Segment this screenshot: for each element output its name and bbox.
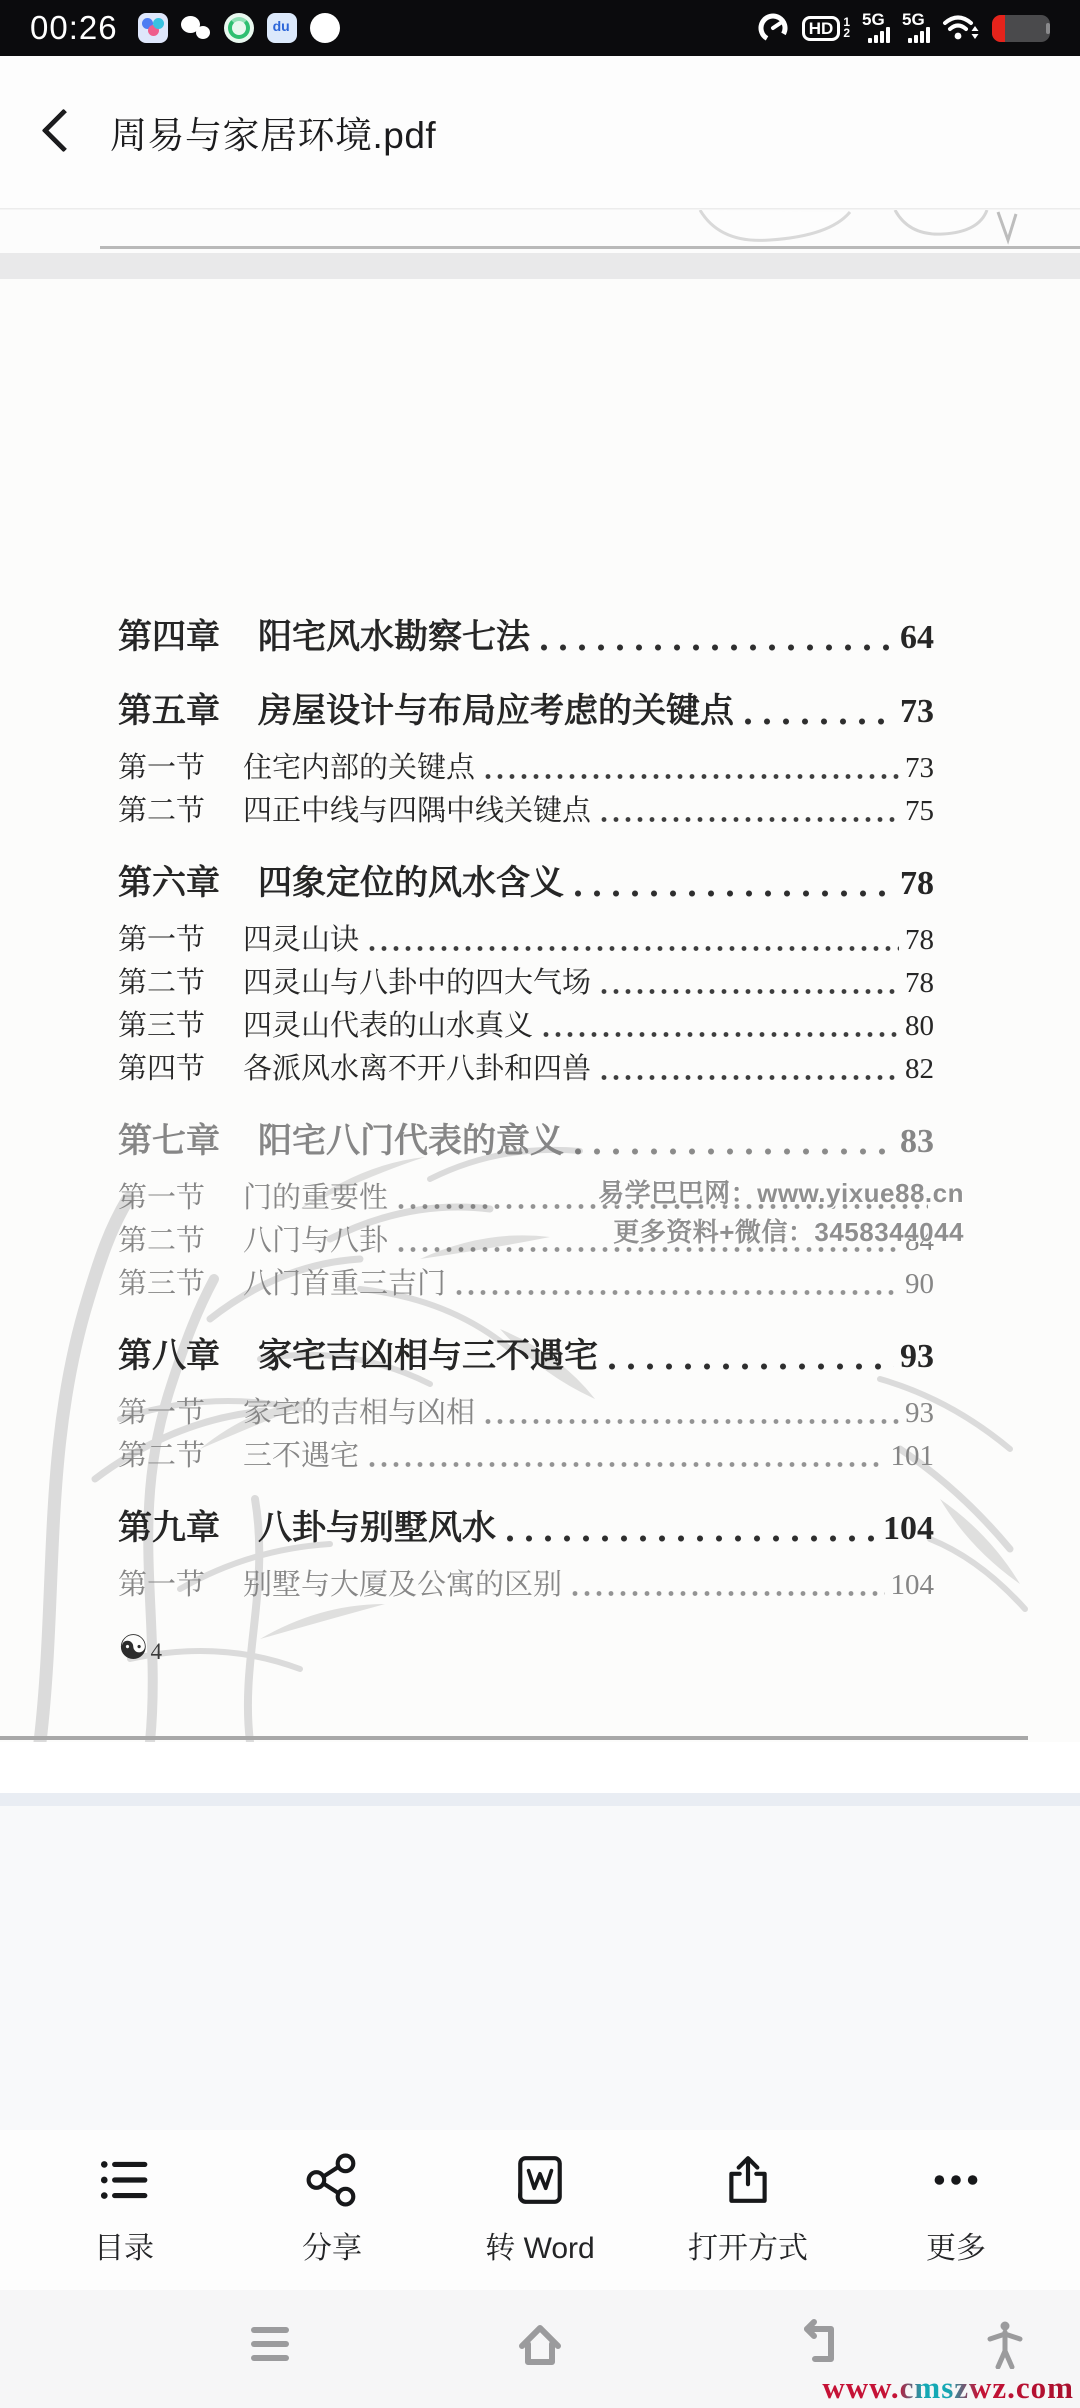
corner-page-number: 4	[150, 1639, 162, 1665]
toc-entry-title: 八门首重三吉门	[243, 1261, 446, 1302]
toc-entry-title: 房屋设计与布局应考虑的关键点	[258, 683, 734, 732]
toc-list: 第四章 阳宅风水勘察七法 64 第五章 房屋设计与布局应考虑的关键点 73 第一…	[118, 609, 934, 1605]
toc-entry[interactable]: 第二节 四灵山与八卦中的四大气场 78	[118, 960, 934, 1003]
toc-leader-dots	[540, 644, 894, 651]
app-header: 周易与家居环境.pdf	[0, 56, 1080, 209]
toc-leader-dots	[601, 816, 899, 823]
accessibility-icon	[980, 2319, 1030, 2369]
status-bar: 00:26 HD 12 5G 5G	[0, 0, 1080, 56]
toc-entry-title: 四灵山代表的山水真义	[243, 1003, 533, 1044]
toc-entry-page: 104	[891, 1569, 935, 1602]
toc-entry-page: 80	[905, 1010, 934, 1043]
toc-entry-title: 阳宅八门代表的意义	[258, 1113, 564, 1162]
toc-entry[interactable]: 第一节 四灵山诀 78	[118, 917, 934, 960]
toc-entry-label: 第四章	[118, 609, 220, 658]
toc-entry-label: 第七章	[118, 1113, 220, 1162]
toc-entry-label: 第四节	[118, 1046, 205, 1087]
sim2-signal: 5G	[902, 13, 930, 43]
toc-leader-dots	[456, 1289, 899, 1296]
clock: 00:26	[30, 9, 118, 47]
share-icon	[305, 2153, 359, 2207]
scan-watermark-line2: 更多资料+微信：3458344044	[598, 1213, 964, 1252]
sim2-signal-bars	[908, 27, 930, 43]
scroll-area-below-page[interactable]	[0, 1742, 1080, 2130]
page-corner-marker: ☯ 4	[118, 1631, 162, 1665]
toolbar-item-label: 更多	[926, 2223, 986, 2267]
toolbar-item[interactable]: 转 Word	[465, 2153, 615, 2267]
toc-entry-title: 八门与八卦	[243, 1218, 388, 1259]
toc-entry[interactable]: 第一节 别墅与大厦及公寓的区别 104	[118, 1562, 934, 1605]
toc-leader-dots	[572, 1590, 884, 1597]
site-watermark: www.cmszwz.com	[822, 2370, 1074, 2406]
toc-entry-title: 四象定位的风水含义	[258, 855, 564, 904]
toc-entry-label: 第八章	[118, 1328, 220, 1377]
message-bubble-icon	[310, 13, 340, 43]
toc-leader-dots	[601, 1074, 899, 1081]
toc-leader-dots	[601, 988, 899, 995]
toc-entry-page: 73	[905, 752, 934, 785]
toolbar-item-label: 转 Word	[485, 2223, 594, 2267]
toc-entry-label: 第二节	[118, 788, 205, 829]
toc-entry-title: 家宅的吉相与凶相	[243, 1390, 475, 1431]
toc-entry-title: 四正中线与四隅中线关键点	[243, 788, 591, 829]
wifi-icon	[942, 12, 980, 44]
sim1-signal-bars	[868, 27, 890, 43]
toc-entry[interactable]: 第五章 房屋设计与布局应考虑的关键点 73	[118, 683, 934, 733]
taiji-icon: ☯	[118, 1631, 148, 1665]
toc-entry-title: 八卦与别墅风水	[258, 1500, 496, 1549]
document-title: 周易与家居环境.pdf	[110, 105, 436, 159]
recycle-app-icon	[224, 13, 254, 43]
toc-entry-page: 82	[905, 1053, 934, 1086]
toc-page[interactable]: 第四章 阳宅风水勘察七法 64 第五章 房屋设计与布局应考虑的关键点 73 第一…	[0, 279, 1080, 1742]
toc-entry-label: 第二节	[118, 960, 205, 1001]
toc-entry-label: 第三节	[118, 1003, 205, 1044]
wechat-icon	[181, 13, 211, 43]
toc-entry-title: 别墅与大厦及公寓的区别	[243, 1562, 562, 1603]
toc-leader-dots	[369, 945, 899, 952]
toc-entry-page: 78	[905, 924, 934, 957]
recents-button[interactable]	[230, 2304, 310, 2384]
battery-icon	[992, 15, 1050, 42]
toc-entry-title: 阳宅风水勘察七法	[258, 609, 530, 658]
toc-entry-label: 第三节	[118, 1261, 205, 1302]
toc-entry-label: 第九章	[118, 1500, 220, 1549]
pdf-viewer-screen: 00:26 HD 12 5G 5G	[0, 0, 1080, 2408]
toc-entry-label: 第二节	[118, 1218, 205, 1259]
page-gap	[0, 253, 1080, 279]
toc-entry-label: 第一节	[118, 1562, 205, 1603]
toc-entry-label: 第一节	[118, 1175, 205, 1216]
toolbar-item[interactable]: 目录	[49, 2153, 199, 2267]
toc-entry[interactable]: 第一节 住宅内部的关键点 73	[118, 745, 934, 788]
data-saver-icon	[756, 11, 790, 45]
toc-entry-page: 78	[900, 865, 934, 903]
toc-entry[interactable]: 第二节 四正中线与四隅中线关键点 75	[118, 788, 934, 831]
toc-leader-dots	[485, 1418, 899, 1425]
toc-leader-dots	[543, 1031, 899, 1038]
toc-entry-title: 家宅吉凶相与三不遇宅	[258, 1328, 598, 1377]
notification-icons	[138, 13, 340, 43]
toc-entry-page: 75	[905, 795, 934, 828]
toc-entry-page: 101	[891, 1440, 935, 1473]
page-bottom-edge	[0, 1736, 1028, 1740]
toc-entry[interactable]: 第一节 家宅的吉相与凶相 93	[118, 1390, 934, 1433]
menu-icon	[246, 2320, 294, 2368]
back-button[interactable]	[34, 109, 80, 155]
scan-watermark-line1: 易学巴巴网：www.yixue88.cn	[598, 1174, 964, 1213]
toolbar-item[interactable]: 分享	[257, 2153, 407, 2267]
toc-entry[interactable]: 第三节 四灵山代表的山水真义 80	[118, 1003, 934, 1046]
toc-entry-page: 93	[900, 1338, 934, 1376]
toc-entry-label: 第五章	[118, 683, 220, 732]
toolbar-item[interactable]: 更多	[881, 2153, 1031, 2267]
toc-entry[interactable]: 第二节 三不遇宅 101	[118, 1433, 934, 1476]
toolbar-item-label: 目录	[94, 2223, 154, 2267]
toc-entry-page: 73	[900, 693, 934, 731]
more-icon	[929, 2153, 983, 2207]
toc-entry-label: 第一节	[118, 917, 205, 958]
toc-icon	[97, 2153, 151, 2207]
sim1-signal: 5G	[862, 13, 890, 43]
toc-entry[interactable]: 第八章 家宅吉凶相与三不遇宅 93	[118, 1328, 934, 1378]
toc-entry[interactable]: 第四章 阳宅风水勘察七法 64	[118, 609, 934, 659]
previous-page-sliver	[0, 210, 1080, 253]
cloud-drive-icon	[138, 13, 168, 43]
toc-leader-dots	[506, 1535, 877, 1542]
bottom-toolbar: 目录 分享 转 Word 打开方式 更多	[0, 2130, 1080, 2290]
toc-leader-dots	[574, 1148, 894, 1155]
toc-leader-dots	[369, 1461, 884, 1468]
toc-entry[interactable]: 第九章 八卦与别墅风水 104	[118, 1500, 934, 1550]
toc-entry-page: 90	[905, 1268, 934, 1301]
toc-entry-label: 第二节	[118, 1433, 205, 1474]
open-with-icon	[721, 2153, 775, 2207]
toc-entry-page: 104	[883, 1510, 934, 1548]
toc-leader-dots	[744, 718, 894, 725]
toolbar-item-label: 打开方式	[688, 2223, 808, 2267]
toc-entry-page: 64	[900, 619, 934, 657]
toolbar-item-label: 分享	[302, 2223, 362, 2267]
toc-entry[interactable]: 第七章 阳宅八门代表的意义 83	[118, 1113, 934, 1163]
volte-hd-icon: HD 12	[802, 16, 850, 41]
to-word-icon	[513, 2153, 567, 2207]
toc-leader-dots	[608, 1363, 894, 1370]
toc-entry-label: 第一节	[118, 1390, 205, 1431]
toc-entry-label: 第一节	[118, 745, 205, 786]
toc-entry-title: 四灵山诀	[243, 917, 359, 958]
scan-watermark: 易学巴巴网：www.yixue88.cn 更多资料+微信：3458344044	[598, 1174, 964, 1252]
toc-entry[interactable]: 第六章 四象定位的风水含义 78	[118, 855, 934, 905]
toc-entry-title: 三不遇宅	[243, 1433, 359, 1474]
home-button[interactable]	[500, 2304, 580, 2384]
back-arrow-icon	[793, 2319, 843, 2369]
toc-entry-page: 83	[900, 1123, 934, 1161]
baidu-pan-icon	[267, 13, 297, 43]
toc-entry[interactable]: 第四节 各派风水离不开八卦和四兽 82	[118, 1046, 934, 1089]
toc-leader-dots	[574, 890, 894, 897]
toc-entry-title: 四灵山与八卦中的四大气场	[243, 960, 591, 1001]
toc-entry-title: 各派风水离不开八卦和四兽	[243, 1046, 591, 1087]
toc-entry-page: 93	[905, 1397, 934, 1430]
toc-entry-page: 78	[905, 967, 934, 1000]
toc-entry-label: 第六章	[118, 855, 220, 904]
status-indicators: HD 12 5G 5G	[756, 11, 1050, 45]
toolbar-item[interactable]: 打开方式	[673, 2153, 823, 2267]
toc-leader-dots	[485, 773, 899, 780]
toc-entry-title: 门的重要性	[243, 1175, 388, 1216]
toc-entry-title: 住宅内部的关键点	[243, 745, 475, 786]
home-icon	[514, 2318, 566, 2370]
toc-entry[interactable]: 第三节 八门首重三吉门 90	[118, 1261, 934, 1304]
